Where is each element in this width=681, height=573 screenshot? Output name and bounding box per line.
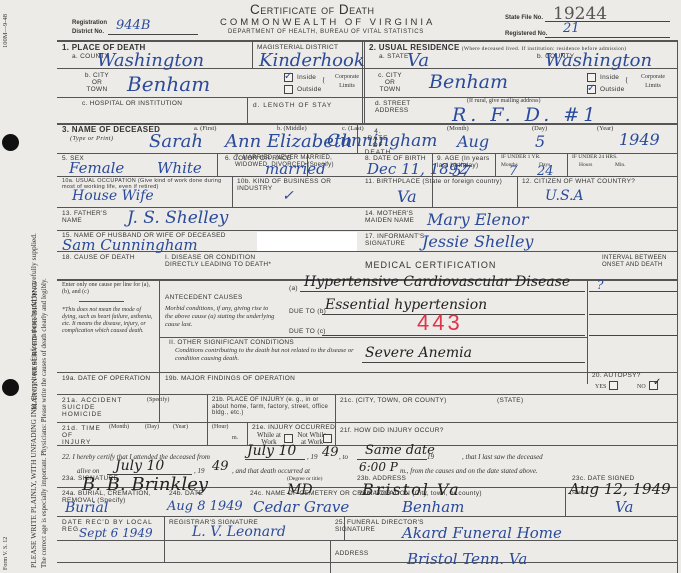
certify-text-last-saw: , that I last saw the deceased — [462, 453, 543, 461]
residence-county-field[interactable]: Washington — [545, 50, 652, 71]
hospital-field[interactable] — [82, 108, 242, 122]
burial-date-label: 24b. DATE — [169, 490, 203, 497]
burial-state-label: (State) — [570, 490, 585, 496]
other-conditions-note: Conditions contributing to the death but… — [175, 347, 365, 363]
checkmark-icon: ✓ — [587, 84, 595, 93]
under-1-year-label: IF UNDER 1 YR. — [501, 154, 541, 160]
cause-footnote: *This does not mean the mode of dying, s… — [62, 307, 157, 335]
injury-day-label: (Day) — [145, 424, 159, 430]
death-day-field[interactable]: 5 — [535, 132, 545, 151]
while-at-work-checkbox[interactable] — [284, 434, 293, 443]
death-outside-checkbox[interactable] — [284, 85, 293, 94]
brace-icon: { — [322, 76, 325, 84]
death-certificate: 100M—9-48 Form V. S. 12 MARGIN RESERVED … — [0, 0, 681, 573]
registrar-signature-field[interactable]: L. V. Leonard — [192, 524, 286, 540]
informant-label: 17. INFORMANT'S SIGNATURE — [365, 233, 425, 247]
residence-city-field[interactable]: Benham — [429, 71, 508, 93]
residence-inside-label: Inside — [600, 74, 619, 81]
form-print-number: 100M—9-48 — [2, 14, 9, 48]
residence-outside-label: Outside — [600, 86, 625, 93]
other-conditions-label: II. OTHER SIGNIFICANT CONDITIONS — [169, 339, 294, 346]
burial-type-field[interactable]: Burial — [65, 500, 108, 516]
checkmark-icon: ✓ — [284, 72, 292, 81]
cause-a-label: (a) — [289, 285, 298, 292]
citizenship-field[interactable]: U.S.A — [545, 188, 584, 204]
length-of-stay-label: d. LENGTH OF STAY — [253, 102, 353, 109]
injury-year-label: (Year) — [173, 424, 188, 430]
injury-city-label: 21c. (CITY, TOWN, OR COUNTY) — [340, 397, 447, 404]
alive-on-year[interactable]: 49 — [212, 459, 229, 474]
antecedent-causes-label: ANTECEDENT CAUSES — [165, 294, 243, 301]
other-conditions-field[interactable]: Severe Anemia — [362, 347, 585, 363]
street-address-field[interactable]: R. F. D. #1 — [452, 104, 599, 126]
residence-state-label: a. STATE — [379, 53, 409, 60]
disease-label: I. DISEASE OR CONDITION DIRECTLY LEADING… — [165, 254, 285, 268]
residence-city-label: c. CITY OR TOWN — [375, 72, 405, 93]
alive-on-field[interactable]: July 10 — [107, 461, 192, 475]
how-injury-label: 21f. HOW DID INJURY OCCUR? — [340, 427, 444, 434]
death-corporate-limits-label: Corporate Limits — [332, 73, 362, 91]
funeral-address-field[interactable]: Bristol Tenn. Va — [407, 550, 527, 568]
burial-date-field[interactable]: Aug 8 1949 — [167, 499, 243, 514]
binding-hole-top — [2, 134, 19, 151]
injury-state-label: (STATE) — [497, 397, 523, 404]
death-month-field[interactable]: Aug — [457, 132, 489, 151]
days-field[interactable]: 24 — [537, 164, 554, 179]
time-of-injury-label: 21d. TIME OF INJURY — [62, 425, 102, 446]
injury-month-label: (Month) — [109, 424, 129, 430]
death-year-field[interactable]: 1949 — [619, 130, 660, 149]
race-field[interactable]: White — [157, 159, 202, 177]
state-file-field[interactable]: 19244 — [545, 5, 670, 22]
cause-of-death-label: 18. CAUSE OF DEATH — [62, 254, 135, 261]
cause-c-label: DUE TO (c) — [289, 328, 326, 335]
certify-text-to: , to — [339, 453, 348, 461]
state-file-label: State File No. — [505, 15, 543, 21]
not-while-at-work-checkbox[interactable] — [323, 434, 332, 443]
business-label: 10b. KIND OF BUSINESS OR INDUSTRY — [237, 178, 357, 192]
accident-type-label: 21a. ACCIDENT SUICIDE HOMICIDE — [62, 397, 132, 418]
certify-text-19: , 19 — [307, 453, 318, 461]
certificate-form: 1. PLACE OF DEATH a. COUNTY Washington M… — [57, 40, 678, 573]
registered-no-field[interactable]: 21 — [545, 23, 670, 38]
checkmark-icon: ✓ — [653, 378, 661, 387]
binding-hole-bottom — [2, 379, 19, 396]
burial-location-field[interactable]: Benham — [402, 498, 464, 516]
sex-field[interactable]: Female — [69, 159, 124, 177]
cemetery-field[interactable]: Cedar Grave — [253, 498, 349, 516]
hospital-label: c. HOSPITAL OR INSTITUTION — [82, 100, 182, 107]
father-field[interactable]: J. S. Shelley — [127, 208, 228, 228]
father-label: 13. FATHER'S NAME — [62, 210, 112, 224]
under-24-hrs-label: IF UNDER 24 HRS. — [572, 154, 618, 160]
months-field[interactable]: 7 — [509, 164, 517, 179]
cause-c-field[interactable] — [322, 322, 585, 336]
cause-b-label: DUE TO (b) — [289, 308, 326, 315]
residence-inside-checkbox[interactable] — [587, 73, 596, 82]
hours-label: Hours — [579, 162, 592, 168]
mother-label: 14. MOTHER'S MAIDEN NAME — [365, 210, 425, 224]
certificate-title: Certificate of Death — [250, 2, 375, 17]
minutes-label: Min. — [615, 162, 626, 168]
cause-instructions: Enter only one cause per line for (a), (… — [62, 282, 157, 296]
injury-m-label: m. — [232, 435, 238, 441]
birthplace-field[interactable]: Va — [397, 187, 417, 206]
autopsy-label: 20. AUTOPSY? — [592, 372, 641, 379]
burial-location-label: 24d. LOCATION (City, town, or county) — [359, 490, 482, 497]
autopsy-yes-checkbox[interactable] — [609, 381, 618, 390]
commonwealth-heading: COMMONWEALTH OF VIRGINIA — [220, 17, 435, 28]
death-day-label: (Day) — [532, 125, 547, 132]
spouse-field[interactable]: Sam Cunningham — [62, 236, 198, 254]
operation-findings-label: 19b. MAJOR FINDINGS OF OPERATION — [165, 375, 295, 382]
residence-corporate-limits-label: Corporate Limits — [635, 73, 671, 91]
mother-field[interactable]: Mary Elenor — [427, 210, 529, 229]
death-month-label: (Month) — [447, 125, 469, 132]
funeral-address-label: ADDRESS — [335, 550, 369, 557]
occupation-field[interactable]: House Wife — [72, 188, 154, 204]
injury-hour-label: (Hour) — [212, 424, 228, 430]
autopsy-no-label: NO — [637, 384, 646, 390]
informant-field[interactable]: Jessie Shelley — [422, 232, 533, 251]
redacted-area — [257, 232, 357, 251]
medical-certification-heading: MEDICAL CERTIFICATION — [365, 261, 496, 271]
marital-status-field[interactable]: married — [265, 160, 326, 178]
place-of-injury-label: 21b. PLACE OF INJURY (e. g., in or about… — [212, 397, 332, 417]
street-address-label: d. STREET ADDRESS — [375, 100, 415, 114]
certify-text-death-at: , and that death occurred at — [232, 467, 310, 475]
operation-date-label: 19a. DATE OF OPERATION — [62, 375, 157, 382]
certify-text-19b: 19 — [427, 453, 434, 461]
registration-district-field[interactable]: 944B — [108, 20, 198, 35]
birthplace-label: 11. BIRTHPLACE (State or foreign country… — [365, 178, 502, 185]
attended-from-field[interactable]: July 10 — [245, 446, 305, 460]
department-heading: DEPARTMENT OF HEALTH, BUREAU OF VITAL ST… — [228, 29, 424, 35]
registered-no-label: Registered No. — [505, 31, 547, 37]
instruction-line-2: The correct age is especially important.… — [40, 278, 48, 568]
registration-district-label: Registration District No. — [72, 19, 107, 37]
form-code: Form V. S. 12 — [3, 537, 9, 570]
burial-state-field[interactable]: Va — [615, 498, 633, 516]
death-inside-label: Inside — [297, 74, 316, 81]
interval-label: INTERVAL BETWEEN ONSET AND DEATH — [602, 255, 677, 268]
magisterial-district-field[interactable]: Kinderhook — [259, 50, 365, 71]
deceased-name-label: 3. NAME OF DECEASED (Type or Print) — [62, 126, 160, 142]
first-name-field[interactable]: Sarah — [149, 131, 203, 152]
citizenship-label: 12. CITIZEN OF WHAT COUNTRY? — [522, 178, 672, 185]
death-city-label: b. CITY OR TOWN — [82, 72, 112, 93]
death-time-field[interactable]: 6:00 P — [359, 460, 398, 474]
business-field[interactable]: ✓ — [282, 188, 294, 204]
autopsy-yes-label: YES — [595, 384, 606, 390]
attended-from-year[interactable]: 49 — [322, 445, 339, 460]
death-year-label: (Year) — [597, 125, 613, 132]
date-of-death-label: 4. DATE OF DEATH — [363, 128, 393, 157]
funeral-director-field[interactable]: Akard Funeral Home — [402, 524, 562, 542]
instruction-line-1: PLEASE WRITE PLAINLY, WITH UNFADING INK.… — [29, 233, 38, 568]
date-received-field[interactable]: Sept 6 1949 — [79, 526, 153, 540]
cause-a-field[interactable]: Hypertensive Cardiovascular Disease — [300, 278, 585, 292]
death-city-field[interactable]: Benham — [127, 72, 210, 96]
certify-text-causes: m., from the causes and on the date stat… — [400, 467, 538, 475]
brace-icon: { — [625, 76, 628, 84]
attended-to-field[interactable]: Same date — [357, 446, 427, 460]
accident-specify-label: (Specify) — [147, 397, 169, 403]
morbid-conditions-note: Morbid conditions, if any, giving rise t… — [165, 305, 275, 328]
death-outside-label: Outside — [297, 86, 322, 93]
residence-state-field[interactable]: Va — [407, 50, 429, 71]
death-county-field[interactable]: Washington — [97, 50, 204, 71]
binding-margin: 100M—9-48 Form V. S. 12 MARGIN RESERVED … — [0, 0, 52, 573]
